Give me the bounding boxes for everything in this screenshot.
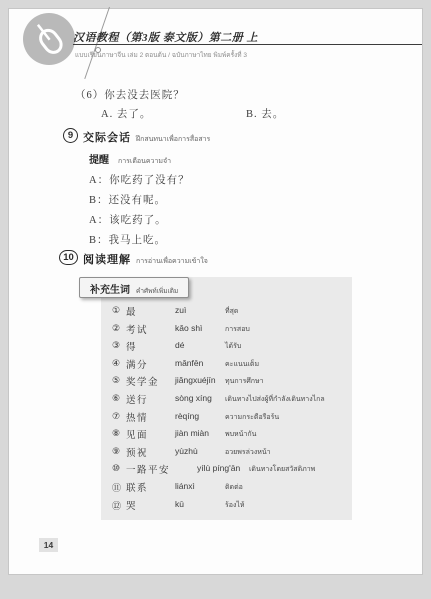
vocab-pinyin: kū	[175, 499, 184, 509]
vocab-item-number: ③	[112, 340, 120, 351]
vocab-word: 最	[126, 304, 137, 318]
vocab-row: ④ 满分 mǎnfēn คะแนนเต็ม	[101, 356, 352, 374]
section-9-title: 交际会话ฝึกสนทนาเพื่อการสื่อสาร	[83, 129, 210, 145]
vocab-row: ② 考试 kǎo shì การสอบ	[101, 321, 352, 339]
vocab-item-number: ⑤	[112, 375, 120, 386]
vocab-word: 哭	[126, 498, 137, 512]
vocab-item-number: ⑨	[112, 446, 120, 457]
vocab-item-number: ⑩	[112, 463, 120, 474]
book-title: 汉语教程（第3版 泰文版）第二册 上	[73, 29, 258, 45]
section-10-title-zh: 阅读理解	[83, 254, 131, 266]
exercise-6-question: （6）你去没去医院？	[75, 87, 185, 102]
vocab-thai-gloss: คะแนนเต็ม	[225, 359, 259, 370]
section-10-number: 10	[59, 250, 78, 265]
vocab-word: 得	[126, 339, 137, 353]
vocab-word: 一路平安	[126, 462, 170, 476]
header-rule	[73, 44, 422, 45]
vocab-box-label-thai: คำศัพท์เพิ่มเติม	[136, 288, 178, 295]
reminder-heading-thai: การเตือนความจำ	[118, 158, 171, 165]
vocab-pinyin: mǎnfēn	[175, 358, 203, 368]
vocab-thai-gloss: ร้องไห้	[225, 500, 245, 511]
section-9-title-thai: ฝึกสนทนาเพื่อการสื่อสาร	[136, 136, 210, 143]
vocab-pinyin: yílù píng'ān	[197, 463, 240, 473]
vocab-thai-gloss: เดินทางโดยสวัสดิภาพ	[249, 464, 315, 475]
vocab-thai-gloss: ที่สุด	[225, 306, 238, 317]
vocab-row: ① 最 zuì ที่สุด	[101, 303, 352, 321]
vocab-item-number: ②	[112, 323, 120, 334]
vocab-row: ⑧ 见面 jiàn miàn พบหน้ากัน	[101, 426, 352, 444]
vocab-thai-gloss: เดินทางไปส่งผู้ที่กำลังเดินทางไกล	[225, 394, 325, 405]
vocab-thai-gloss: ติดต่อ	[225, 482, 243, 493]
vocab-pinyin: dé	[175, 340, 184, 350]
dialogue-line: A：你吃药了没有？	[89, 172, 190, 187]
vocab-row: ③ 得 dé ได้รับ	[101, 338, 352, 356]
vocab-word: 见面	[126, 427, 148, 441]
section-10-title-thai: การอ่านเพื่อความเข้าใจ	[136, 258, 208, 265]
vocab-word: 奖学金	[126, 374, 159, 388]
mouse-icon	[23, 13, 75, 65]
vocab-pinyin: yùzhù	[175, 446, 198, 456]
vocab-row: ⑪ 联系 liánxì ติดต่อ	[101, 479, 352, 497]
vocab-thai-gloss: ความกระตือรือร้น	[225, 412, 279, 423]
vocab-word: 预祝	[126, 445, 148, 459]
vocab-row: ⑥ 送行 sòng xíng เดินทางไปส่งผู้ที่กำลังเด…	[101, 391, 352, 409]
reminder-heading-zh: 提醒	[89, 155, 109, 166]
vocab-pinyin: liánxì	[175, 481, 195, 491]
vocab-pinyin: kǎo shì	[175, 323, 202, 333]
book-page: 汉语教程（第3版 泰文版）第二册 上 แบบเรียนภาษาจีน เล่ม …	[8, 8, 423, 575]
vocab-box-label-zh: 补充生词	[90, 285, 130, 296]
vocab-pinyin: jiǎngxuéjīn	[175, 375, 216, 385]
vocab-row: ⑫ 哭 kū ร้องไห้	[101, 497, 352, 515]
vocab-word: 送行	[126, 392, 148, 406]
vocab-thai-gloss: ได้รับ	[225, 341, 241, 352]
exercise-6-option-a: A. 去了。	[101, 106, 151, 121]
vocab-row: ⑩ 一路平安 yílù píng'ān เดินทางโดยสวัสดิภาพ	[101, 461, 352, 479]
vocab-row: ⑨ 预祝 yùzhù อวยพรล่วงหน้า	[101, 444, 352, 462]
vocab-word: 热情	[126, 410, 148, 424]
vocab-pinyin: zuì	[175, 305, 186, 315]
vocab-item-number: ①	[112, 305, 120, 316]
vocab-thai-gloss: การสอบ	[225, 324, 250, 335]
vocab-item-number: ⑦	[112, 411, 120, 422]
vocab-pinyin: rèqíng	[175, 411, 199, 421]
vocab-list: ① 最 zuì ที่สุด ② 考试 kǎo shì การสอบ ③ 得 d…	[101, 303, 352, 514]
vocab-pinyin: sòng xíng	[175, 393, 212, 403]
vocab-box-label: 补充生词คำศัพท์เพิ่มเติม	[79, 277, 189, 298]
reminder-heading: 提醒การเตือนความจำ	[89, 151, 171, 167]
vocab-thai-gloss: ทุนการศึกษา	[225, 376, 264, 387]
vocab-word: 满分	[126, 357, 148, 371]
publisher-logo	[23, 13, 75, 65]
section-9-title-zh: 交际会话	[83, 132, 131, 144]
section-10-title: 阅读理解การอ่านเพื่อความเข้าใจ	[83, 251, 208, 267]
vocab-item-number: ⑪	[112, 481, 121, 494]
page-number: 14	[39, 538, 58, 552]
vocab-row: ⑤ 奖学金 jiǎngxuéjīn ทุนการศึกษา	[101, 373, 352, 391]
exercise-6-option-b: B. 去。	[246, 106, 284, 121]
vocab-pinyin: jiàn miàn	[175, 428, 209, 438]
book-subtitle-thai: แบบเรียนภาษาจีน เล่ม 2 ตอนต้น / ฉบับภาษา…	[75, 50, 247, 60]
vocab-thai-gloss: พบหน้ากัน	[225, 429, 256, 440]
dialogue-line: B：还没有呢。	[89, 192, 166, 207]
vocab-item-number: ⑧	[112, 428, 120, 439]
vocab-item-number: ⑥	[112, 393, 120, 404]
vocab-item-number: ⑫	[112, 499, 121, 512]
vocab-thai-gloss: อวยพรล่วงหน้า	[225, 447, 271, 458]
vocab-item-number: ④	[112, 358, 120, 369]
vocab-word: 联系	[126, 480, 148, 494]
dialogue-line: A：该吃药了。	[89, 212, 167, 227]
vocab-word: 考试	[126, 322, 148, 336]
vocab-row: ⑦ 热情 rèqíng ความกระตือรือร้น	[101, 409, 352, 427]
dialogue-line: B：我马上吃。	[89, 232, 166, 247]
section-9-number: 9	[63, 128, 78, 143]
